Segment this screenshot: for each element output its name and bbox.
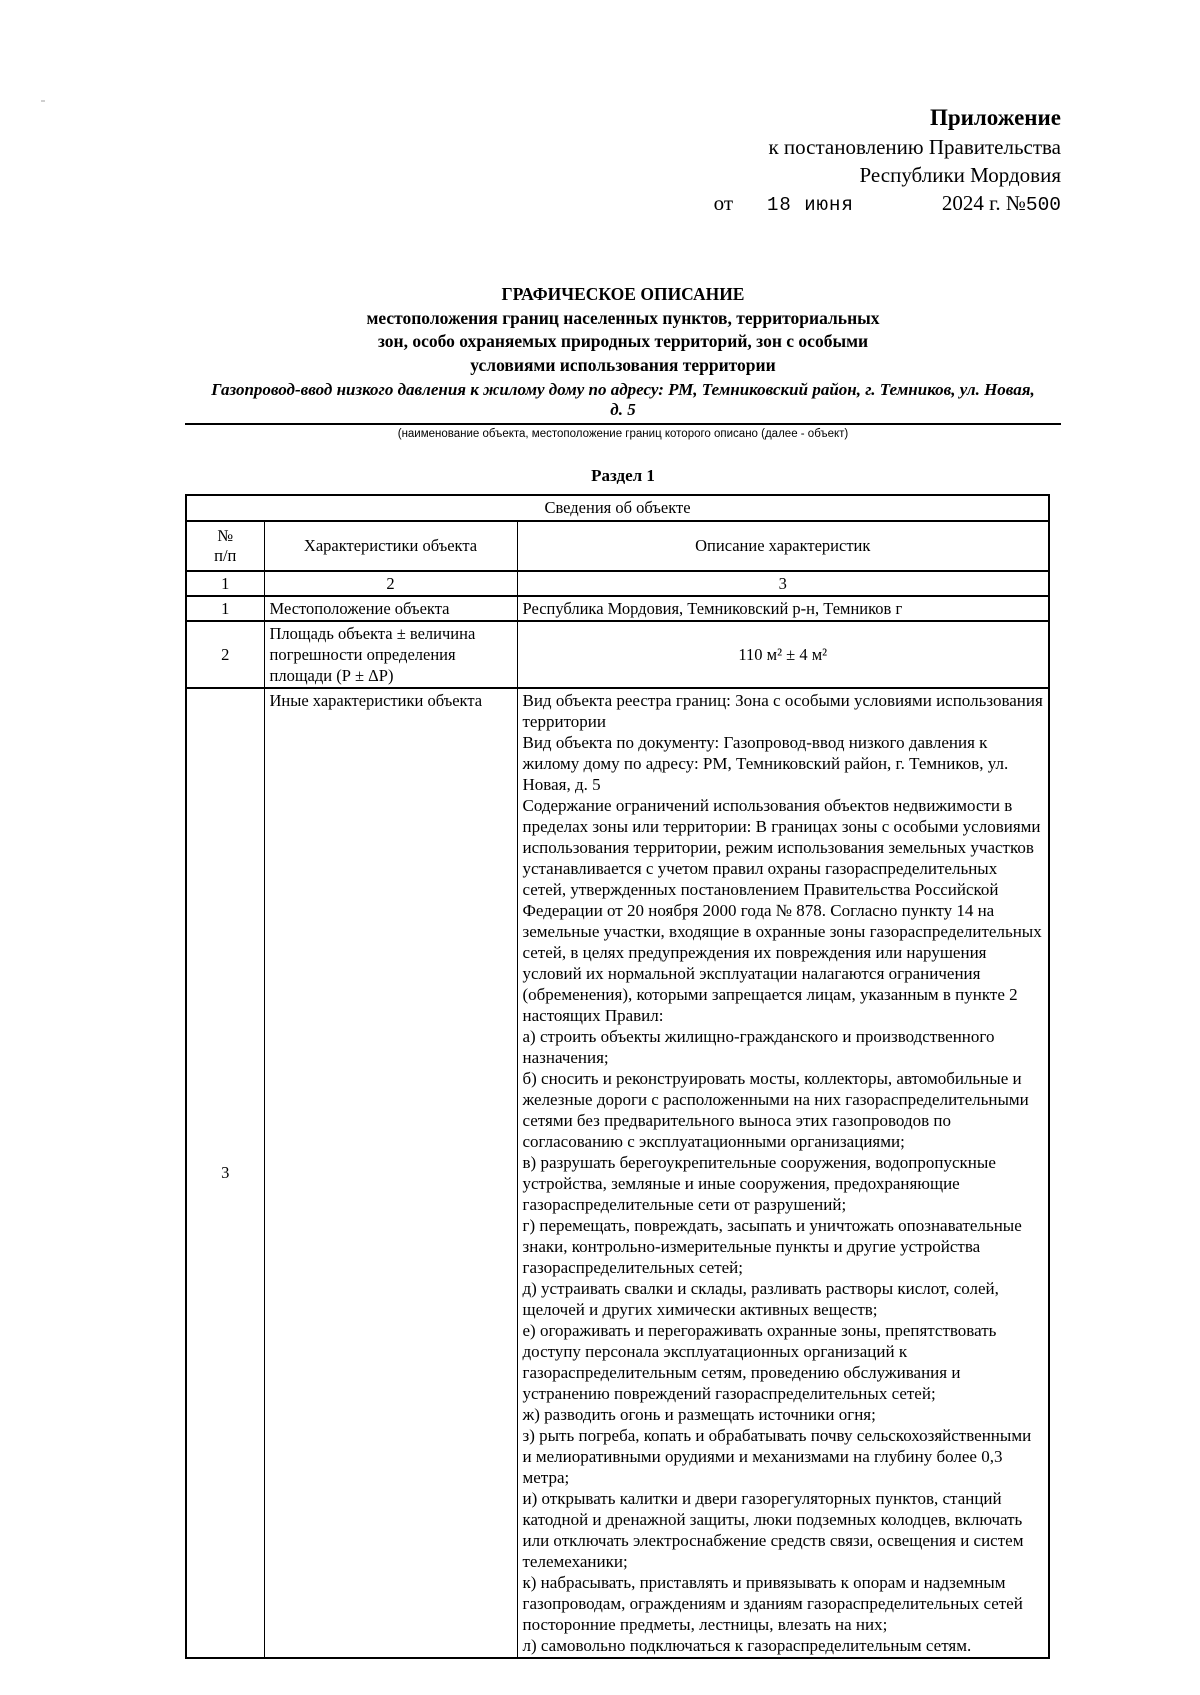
title-line-3: зон, особо охраняемых природных территор… — [185, 330, 1061, 354]
column-header-num: № п/п — [186, 521, 264, 571]
row-3-number: 3 — [186, 688, 264, 1658]
document-date-line: от18 июня2024 г. №500 — [185, 189, 1061, 219]
section-title: Раздел 1 — [185, 465, 1061, 487]
title-line-1: ГРАФИЧЕСКОЕ ОПИСАНИЕ — [185, 283, 1061, 307]
object-name-caption: (наименование объекта, местоположение гр… — [185, 427, 1061, 441]
column-number-2: 2 — [264, 571, 517, 596]
object-name-line-1: Газопровод-ввод низкого давления к жилом… — [185, 380, 1061, 400]
main-title: ГРАФИЧЕСКОЕ ОПИСАНИЕ местоположения гран… — [185, 283, 1061, 377]
table-row-area: 2 Площадь объекта ± величина погрешности… — [186, 621, 1049, 688]
date-value: 18 июня — [767, 194, 854, 216]
table-column-number-row: 1 2 3 — [186, 571, 1049, 596]
table-row-location: 1 Местоположение объекта Республика Морд… — [186, 596, 1049, 621]
column-header-description: Описание характеристик — [517, 521, 1049, 571]
row-2-number: 2 — [186, 621, 264, 688]
row-1-number: 1 — [186, 596, 264, 621]
scan-speck — [41, 100, 45, 102]
row-3-characteristic: Иные характеристики объекта — [264, 688, 517, 1658]
row-3-description: Вид объекта реестра границ: Зона с особы… — [523, 690, 1044, 1656]
date-label: от — [714, 191, 733, 215]
column-header-characteristic: Характеристики объекта — [264, 521, 517, 571]
document-number: 500 — [1026, 194, 1061, 216]
title-line-4: условиями использования территории — [185, 354, 1061, 378]
object-name: Газопровод-ввод низкого давления к жилом… — [185, 380, 1061, 425]
appendix-line-2: к постановлению Правительства — [185, 133, 1061, 161]
row-2-characteristic: Площадь объекта ± величина погрешности о… — [264, 621, 517, 688]
document-page: Приложение к постановлению Правительства… — [0, 0, 1200, 1695]
row-1-description: Республика Мордовия, Темниковский р-н, Т… — [517, 596, 1049, 621]
document-content: Приложение к постановлению Правительства… — [185, 0, 1061, 1659]
table-row-other-characteristics: 3 Иные характеристики объекта Вид объект… — [186, 688, 1049, 1658]
appendix-line-3: Республики Мордовия — [185, 161, 1061, 189]
row-1-characteristic: Местоположение объекта — [264, 596, 517, 621]
table-span-header-row: Сведения об объекте — [186, 495, 1049, 521]
table-span-header: Сведения об объекте — [186, 495, 1049, 521]
object-info-table: Сведения об объекте № п/п Характеристики… — [185, 494, 1050, 1659]
appendix-title: Приложение — [185, 103, 1061, 133]
table-column-header-row: № п/п Характеристики объекта Описание ха… — [186, 521, 1049, 571]
row-2-description: 110 м² ± 4 м² — [517, 621, 1049, 688]
title-line-2: местоположения границ населенных пунктов… — [185, 307, 1061, 331]
year-label: 2024 г. № — [942, 191, 1026, 215]
appendix-header: Приложение к постановлению Правительства… — [185, 103, 1061, 219]
column-number-3: 3 — [517, 571, 1049, 596]
object-name-line-2: д. 5 — [185, 400, 1061, 420]
column-number-1: 1 — [186, 571, 264, 596]
